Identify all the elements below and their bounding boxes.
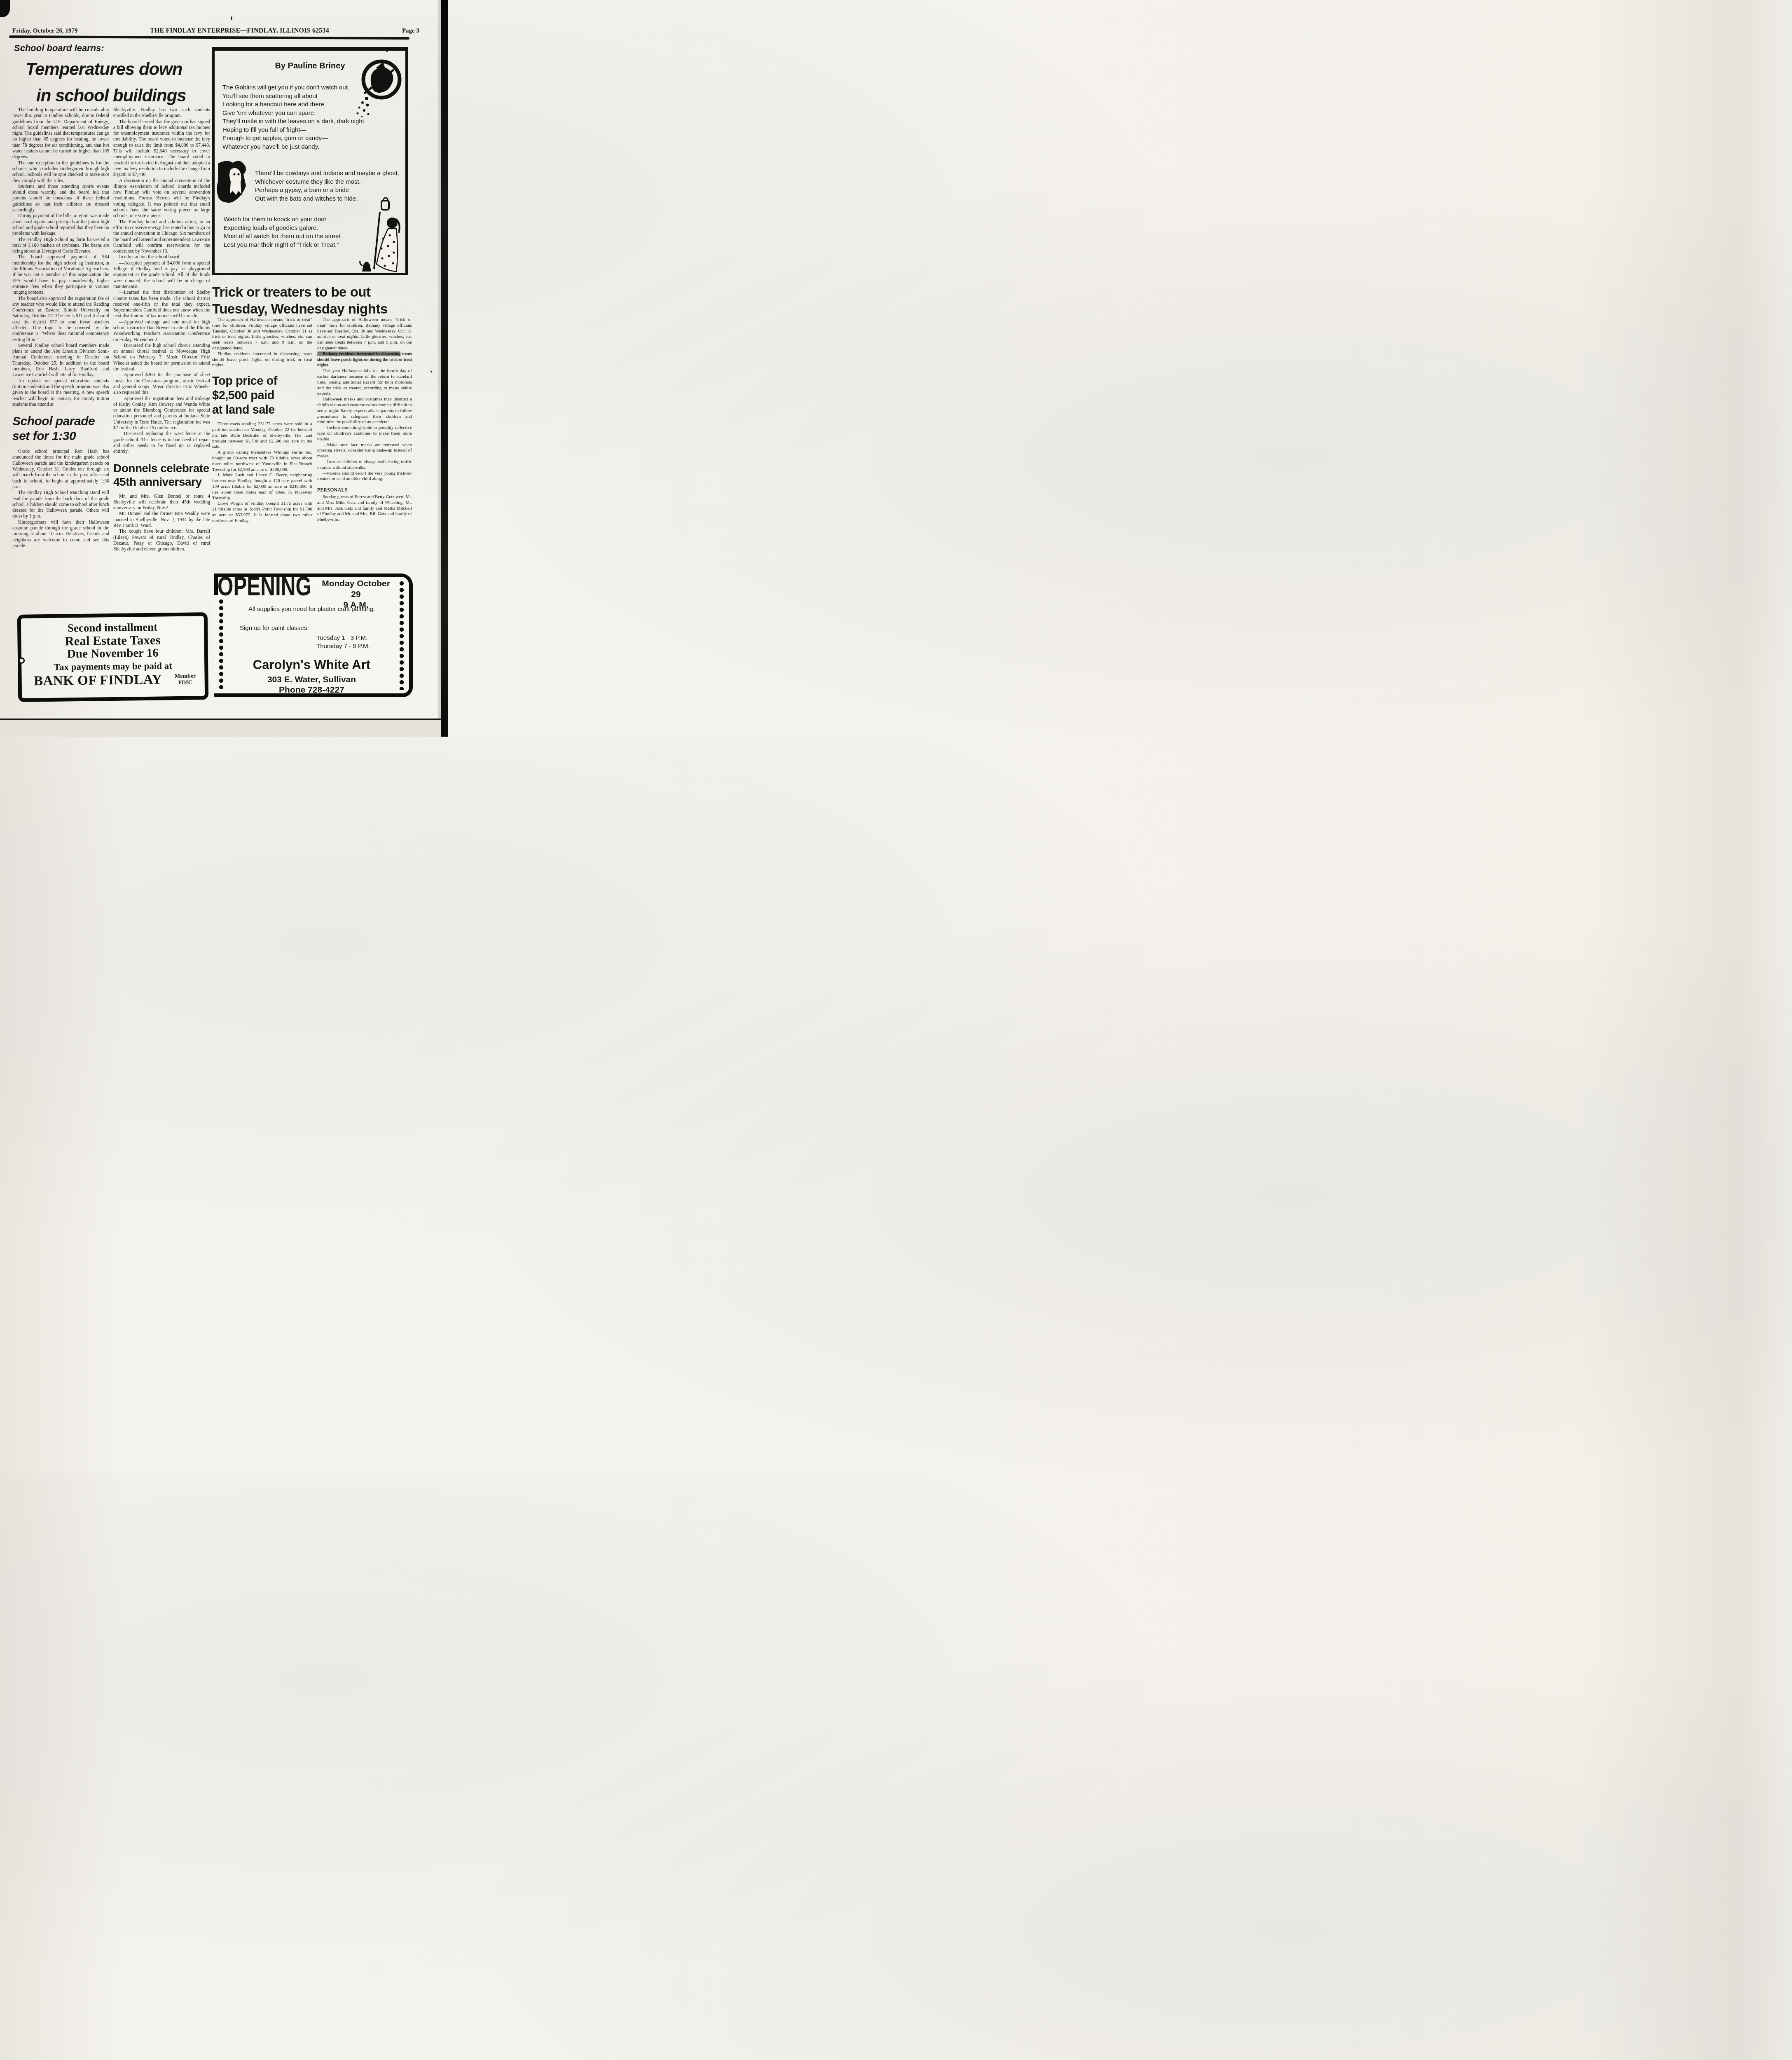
- body-paragraph: The Findlay High School ag farm harveste…: [12, 237, 109, 255]
- subhead-line2: $2,500 paid: [212, 389, 312, 403]
- trick-headline-line2: Tuesday, Wednesday nights: [212, 300, 398, 317]
- poem-line: Lest you mar their night of “Trick or Tr…: [224, 241, 340, 250]
- body-paragraph: Findlay residents interested in dispensi…: [212, 351, 312, 368]
- body-paragraph: A discussion on the annual convention of…: [113, 178, 210, 219]
- main-headline: Temperatures down in school buildings: [26, 56, 211, 109]
- body-paragraph: —Discussed replacing the west fence at t…: [113, 431, 210, 454]
- poem-stanza-1: The Goblins will get you if you don't wa…: [222, 84, 364, 151]
- body-paragraph: J. Mark Lash and Lance C. Beery, neighbo…: [212, 473, 312, 501]
- body-paragraph: Students and those attending sports even…: [12, 184, 109, 213]
- body-paragraph: —Learned the first distribution of Shelb…: [113, 290, 210, 319]
- body-paragraph: Grade school principal Ron Hash has anno…: [12, 449, 109, 490]
- scan-speck: [231, 16, 232, 20]
- masthead-title: THE FINDLAY ENTERPRISE—FINDLAY, ILLINOIS…: [109, 27, 370, 35]
- body-paragraph: Mr. Donnel and the former Rita Weakly we…: [113, 511, 210, 529]
- body-paragraph: An update on special education students …: [12, 378, 109, 407]
- ad-supplies-line: All supplies you need for plaster craft …: [214, 606, 409, 613]
- article-column-2: Shelbyville. Findlay has two such studen…: [113, 107, 210, 552]
- poem-line: Give 'em whatever you can spare.: [222, 109, 364, 118]
- bank-fdic-label: FDIC: [170, 679, 201, 686]
- ad-store-name: Carolyn's White Art: [214, 658, 409, 672]
- bank-ad-line3: Due November 16: [21, 646, 204, 661]
- main-headline-line1: Temperatures down: [26, 56, 211, 82]
- subhead-line2: set for 1:30: [12, 429, 109, 444]
- subhead-donnels: Donnels celebrate 45th anniversary: [113, 461, 210, 489]
- ad-store-address: 303 E. Water, Sullivan: [214, 675, 409, 685]
- body-paragraph: The approach of Halloween means “trick o…: [212, 317, 312, 351]
- poem-stanza-3: Watch for them to knock on your door Exp…: [224, 215, 340, 249]
- subhead-school-parade: School parade set for 1:30: [12, 414, 109, 444]
- subhead-land-sale: Top price of $2,500 paid at land sale: [212, 374, 312, 417]
- poem-line: The Goblins will get you if you don't wa…: [222, 84, 364, 92]
- body-paragraph: The Findlay board and administration, in…: [113, 219, 210, 255]
- poem-line: You'll see them scattering all about: [222, 92, 364, 101]
- poem-line: Whatever you have'll be just dandy.: [222, 143, 364, 152]
- body-paragraph: Sunday guests of Forest and Betty Getz w…: [317, 494, 412, 523]
- ad-dotted-border-right: [399, 580, 404, 690]
- body-paragraph: The Findlay High School Marching Band wi…: [12, 490, 109, 519]
- page-bottom-margin: [0, 720, 441, 737]
- body-paragraph: —Instruct children to always walk facing…: [317, 459, 412, 471]
- body-paragraph: —Make sure face masks are removed when c…: [317, 442, 412, 459]
- main-headline-line2: in school buildings: [26, 82, 211, 109]
- masthead-page-number: Page 3: [370, 28, 419, 35]
- masthead-date: Friday, October 26, 1979: [12, 28, 109, 35]
- body-paragraph: The board approved payment of $84 member…: [12, 254, 109, 295]
- opening-stencil-text: OPENING: [218, 571, 311, 602]
- subhead-line1: Top price of: [212, 374, 312, 389]
- body-paragraph: —Approved mileage and one meal for high …: [113, 319, 210, 343]
- body-paragraph: —Include something white or possibly ref…: [317, 425, 412, 442]
- poem-line: Perhaps a gypsy, a bum or a bride: [255, 186, 399, 195]
- scan-speck: [430, 371, 432, 372]
- ad-date: Monday October 29: [317, 578, 395, 600]
- body-paragraph: —Parents should escort the very young tr…: [317, 471, 412, 482]
- body-paragraph: This year Halloween falls on the fourth …: [317, 368, 412, 397]
- body-paragraph: During payment of the bills, a report wa…: [12, 213, 109, 236]
- poem-line: Watch for them to knock on your door: [224, 215, 340, 224]
- bank-of-findlay-ad: Second installment Real Estate Taxes Due…: [17, 612, 209, 702]
- body-paragraph: —Approved the registration fees and mile…: [113, 396, 210, 431]
- body-paragraph: The board also approved the registration…: [12, 296, 109, 343]
- article-column-3: The approach of Halloween means “trick o…: [212, 317, 312, 524]
- body-paragraph: Kindergartners will have their Halloween…: [12, 520, 109, 549]
- ad-class-time-1: Tuesday 1 - 3 P.M.: [316, 634, 367, 641]
- bank-ad-line2: Real Estate Taxes: [21, 632, 204, 648]
- body-paragraph: Mr. and Mrs. Glen Donnel of route 4 Shel…: [113, 494, 210, 511]
- school-board-article: The building temperature will be conside…: [12, 107, 210, 552]
- poem-line: Most of all watch for them out on the st…: [224, 232, 340, 241]
- personals-heading: PERSONALS: [317, 488, 412, 494]
- body-paragraph: —Discussed the high school chorus attend…: [113, 343, 210, 372]
- bank-ad-line4: Tax payments may be paid at: [21, 660, 204, 673]
- ad-border-bolt: [19, 658, 25, 664]
- woman-with-lantern-icon: [358, 196, 402, 276]
- trick-headline-line1: Trick or treaters to be out: [212, 283, 398, 300]
- body-paragraph: —Accepted payment of $4,096 from a speci…: [113, 260, 210, 290]
- poem-line: They'll rustle in with the leaves on a d…: [222, 117, 364, 126]
- carolyns-white-art-ad: OPENING Monday October 29 9 A.M. All sup…: [214, 574, 413, 697]
- body-paragraph: Shelbyville. Findlay has two such studen…: [113, 107, 210, 119]
- bank-name: BANK OF FINDLAY: [26, 672, 170, 689]
- bank-member-label: Member: [170, 673, 200, 680]
- body-paragraph: Several Findlay school board members mad…: [12, 343, 109, 378]
- body-paragraph: Halloween masks and costumes may obstruc…: [317, 397, 412, 425]
- body-paragraph: The approach of Halloween means “trick o…: [317, 317, 412, 351]
- scan-corner-blob: [0, 0, 10, 17]
- masthead: Friday, October 26, 1979 THE FINDLAY ENT…: [12, 27, 419, 35]
- trick-or-treat-headline: Trick or treaters to be out Tuesday, Wed…: [212, 283, 398, 317]
- poem-line: Enough to get apples, gum or candy—: [222, 134, 364, 143]
- ad-signup-line: Sign up for paint classes:: [240, 625, 309, 632]
- poem-line: Looking for a handout here and there.: [222, 101, 364, 109]
- article-column-4: The approach of Halloween means “trick o…: [317, 317, 412, 523]
- poem-line: Hoping to fill you full of fright—: [222, 126, 364, 135]
- ad-store-phone: Phone 728-4227: [214, 685, 409, 695]
- subhead-line1: School parade: [12, 414, 109, 429]
- body-paragraph: In other action the school board:: [113, 254, 210, 260]
- body-paragraph: Lloyd Wright of Findlay bought 31.75 acr…: [212, 501, 312, 524]
- subhead-line1: Donnels celebrate: [113, 461, 210, 475]
- article-column-1: The building temperature will be conside…: [12, 107, 109, 552]
- film-edge-margin: [438, 0, 441, 737]
- body-paragraph: The one exception to the guidelines is f…: [12, 160, 109, 184]
- bank-ad-name-row: BANK OF FINDLAY Member FDIC: [21, 672, 204, 689]
- body-paragraph: The couple have four children: Mrs. Darr…: [113, 529, 210, 552]
- poem-line: Expecting loads of goodies galore.: [224, 224, 340, 233]
- body-paragraph: The board learned that the governor has …: [113, 119, 210, 178]
- subhead-line2: 45th anniversary: [113, 475, 210, 489]
- poem-line: There'll be cowboys and Indians and mayb…: [255, 169, 399, 178]
- body-paragraph-smudged: Bethany residents interested in dispensi…: [317, 351, 412, 368]
- ad-class-time-2: Thursday 7 - 9 P.M.: [316, 643, 370, 650]
- body-paragraph: Three tracts totaling 231.75 acres were …: [212, 421, 312, 450]
- film-edge-strip: [441, 0, 448, 737]
- body-paragraph: The building temperature will be conside…: [12, 107, 109, 160]
- bank-member-fdic: Member FDIC: [170, 673, 200, 686]
- masthead-rule: [9, 35, 409, 40]
- subhead-line3: at land sale: [212, 403, 312, 417]
- ghost-icon: [216, 159, 253, 207]
- poem-line: Whichever costume they like the most,: [255, 178, 399, 187]
- halloween-poem-box: By Pauline Briney The Goblins will get y…: [212, 47, 408, 275]
- body-paragraph: A group calling themselves Winings Farms…: [212, 450, 312, 473]
- kicker: School board learns:: [14, 43, 104, 54]
- body-paragraph: —Approved $203 for the purchase of sheet…: [113, 372, 210, 396]
